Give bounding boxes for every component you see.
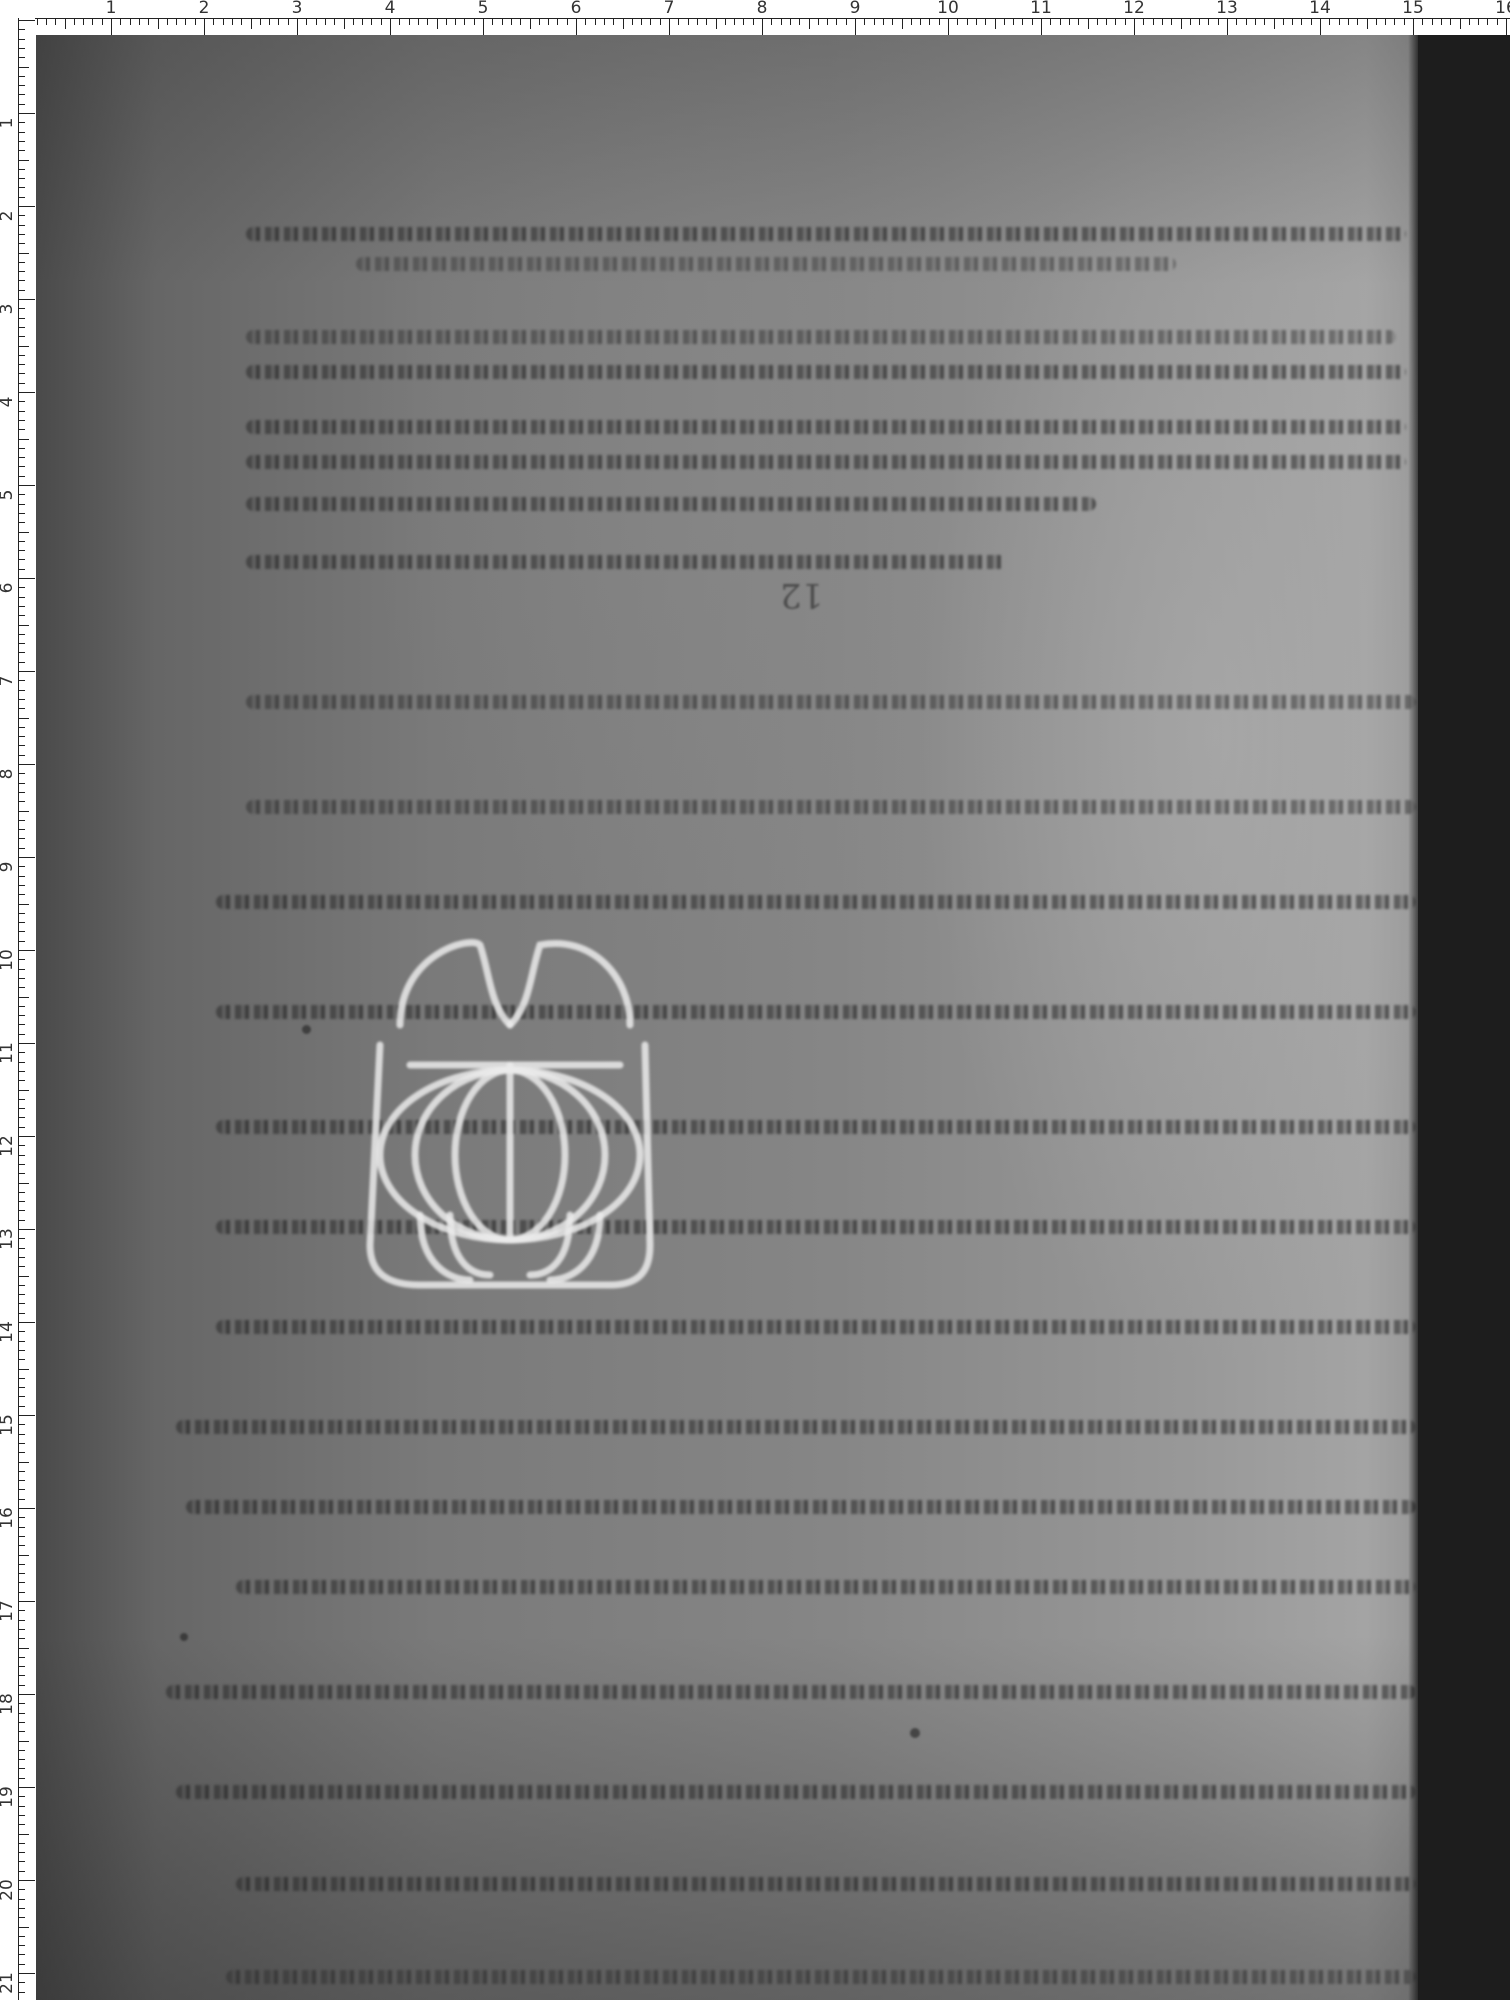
ruler-tick <box>1394 18 1395 25</box>
ruler-tick <box>18 811 29 812</box>
ruler-left-label: 14 <box>0 1321 16 1343</box>
ruler-tick <box>976 18 977 25</box>
ruler-tick <box>1013 18 1014 25</box>
ruler-tick <box>18 931 25 932</box>
ruler-tick <box>678 18 679 25</box>
ruler-tick <box>985 18 986 25</box>
ruler-left: 123456789101112131415161718192021 <box>0 0 35 2000</box>
ruler-tick <box>18 1443 25 1444</box>
ruler-left-label: 21 <box>0 1972 16 1994</box>
ruler-tick <box>288 18 289 25</box>
ruler-tick <box>18 1136 35 1137</box>
ruler-tick <box>18 1927 29 1928</box>
ruler-tick <box>920 18 921 25</box>
ruler-tick <box>846 18 847 25</box>
ruler-tick <box>1432 18 1433 25</box>
ruler-top-label: 12 <box>1123 0 1145 17</box>
ruler-tick <box>18 150 25 151</box>
ruler-tick <box>18 1982 25 1983</box>
ruler-tick <box>427 18 428 25</box>
ruler-tick <box>18 271 25 272</box>
ruler-tick <box>18 504 25 505</box>
ruler-tick <box>362 18 363 25</box>
ruler-tick <box>18 280 25 281</box>
ruler-tick <box>446 18 447 25</box>
ruler-tick <box>902 18 903 29</box>
ruler-left-label: 8 <box>0 769 16 780</box>
ruler-tick <box>762 18 763 35</box>
ruler-tick <box>753 18 754 25</box>
ruler-tick <box>18 1917 25 1918</box>
ruler-tick <box>1181 18 1182 29</box>
ruler-tick <box>1078 18 1079 25</box>
ruler-tick <box>1143 18 1144 25</box>
handwriting-line <box>246 227 1406 241</box>
ruler-tick <box>18 1731 25 1732</box>
ruler-tick <box>18 76 25 77</box>
ruler-tick <box>241 18 242 25</box>
ruler-tick <box>18 1796 25 1797</box>
ruler-tick <box>734 18 735 25</box>
watermark-pot-icon <box>340 915 680 1295</box>
ruler-top-label: 9 <box>850 0 861 17</box>
ruler-tick <box>1004 18 1005 25</box>
ruler-tick <box>18 550 25 551</box>
ruler-tick <box>120 18 121 25</box>
ruler-tick <box>18 420 25 421</box>
ruler-tick <box>92 18 93 25</box>
ruler-tick <box>18 336 25 337</box>
ruler-tick <box>18 1824 25 1825</box>
handwriting-line <box>246 695 1416 709</box>
ruler-tick <box>18 1415 35 1416</box>
ruler-tick <box>18 113 35 114</box>
ruler-tick <box>18 1303 25 1304</box>
ruler-tick <box>1227 18 1228 35</box>
ruler-tick <box>18 1489 25 1490</box>
ruler-tick <box>18 1768 25 1769</box>
ruler-tick <box>269 18 270 25</box>
ruler-tick <box>18 1396 25 1397</box>
ruler-tick <box>18 234 25 235</box>
ruler-tick <box>1292 18 1293 25</box>
ruler-tick <box>18 1945 25 1946</box>
handwriting-line <box>216 895 1416 909</box>
ruler-tick <box>18 160 29 161</box>
ruler-tick <box>18 1703 25 1704</box>
ruler-tick <box>790 18 791 25</box>
ruler-tick <box>18 383 25 384</box>
ruler-tick <box>892 18 893 25</box>
ruler-tick <box>474 18 475 25</box>
ruler-tick <box>18 1954 25 1955</box>
ruler-tick <box>1274 18 1275 29</box>
ruler-tick <box>1404 18 1405 25</box>
ruler-tick <box>18 1815 25 1816</box>
ruler-tick <box>158 18 159 29</box>
ruler-tick <box>660 18 661 25</box>
ruler-tick <box>18 1173 25 1174</box>
ruler-tick <box>1478 18 1479 25</box>
folio-number: 12 <box>780 575 823 615</box>
ruler-tick <box>1246 18 1247 25</box>
ruler-tick <box>18 392 35 393</box>
ruler-tick <box>1311 18 1312 25</box>
ruler-tick <box>18 1350 25 1351</box>
ruler-tick <box>18 1220 25 1221</box>
ruler-tick <box>18 1564 25 1565</box>
ruler-tick <box>18 1266 25 1267</box>
ruler-tick <box>130 18 131 25</box>
ruler-tick <box>18 1545 25 1546</box>
ruler-tick <box>18 773 25 774</box>
ruler-tick <box>18 1006 25 1007</box>
ruler-tick <box>18 922 25 923</box>
ruler-tick <box>855 18 856 35</box>
ruler-tick <box>18 1750 25 1751</box>
ruler-tick <box>688 18 689 25</box>
ruler-tick <box>18 829 25 830</box>
ruler-tick <box>18 411 25 412</box>
ruler-tick <box>18 1406 25 1407</box>
ruler-tick <box>418 18 419 25</box>
ruler-tick <box>18 373 25 374</box>
ruler-tick <box>278 18 279 25</box>
ruler-tick <box>1255 18 1256 25</box>
ruler-tick <box>1441 18 1442 25</box>
ruler-tick <box>743 18 744 25</box>
ruler-left-label: 16 <box>0 1507 16 1529</box>
ruler-tick <box>18 346 29 347</box>
handwriting-line <box>176 1785 1416 1799</box>
ruler-left-label: 9 <box>0 862 16 873</box>
ruler-tick <box>604 18 605 25</box>
ruler-tick <box>18 866 25 867</box>
ruler-tick <box>883 18 884 25</box>
ruler-tick <box>18 1638 25 1639</box>
ruler-tick <box>18 969 25 970</box>
ruler-tick <box>18 141 25 142</box>
ruler-tick <box>809 18 810 29</box>
ruler-tick <box>306 18 307 25</box>
ink-spot <box>180 1633 188 1641</box>
ruler-tick <box>1450 18 1451 25</box>
ruler-tick <box>223 18 224 25</box>
ruler-tick <box>613 18 614 25</box>
ruler-tick <box>18 1099 25 1100</box>
ruler-tick <box>334 18 335 25</box>
ruler-tick <box>836 18 837 25</box>
ruler-tick <box>18 820 25 821</box>
ruler-tick <box>18 1034 25 1035</box>
ruler-tick <box>18 1434 25 1435</box>
ruler-tick <box>706 18 707 25</box>
ruler-tick <box>18 662 25 663</box>
ruler-top-label: 1 <box>106 0 117 17</box>
ruler-tick <box>455 18 456 25</box>
ruler-tick <box>1162 18 1163 25</box>
ruler-tick <box>18 1341 25 1342</box>
ruler-tick <box>632 18 633 25</box>
ruler-tick <box>18 671 35 672</box>
ruler-tick <box>18 20 35 21</box>
ruler-tick <box>18 783 25 784</box>
manuscript-scan: 12 <box>36 35 1510 2000</box>
ruler-top-label: 16 <box>1495 0 1510 17</box>
ruler-tick <box>18 178 25 179</box>
ruler-tick <box>325 18 326 25</box>
ruler-tick <box>18 532 29 533</box>
ruler-tick <box>18 643 25 644</box>
ruler-tick <box>18 401 25 402</box>
ruler-tick <box>18 494 25 495</box>
ruler-tick <box>1367 18 1368 29</box>
handwriting-line <box>246 330 1396 344</box>
ruler-tick <box>18 1759 25 1760</box>
ruler-tick <box>967 18 968 25</box>
ruler-tick <box>1301 18 1302 25</box>
ruler-tick <box>18 1787 35 1788</box>
ruler-tick <box>483 18 484 35</box>
ruler-tick <box>18 57 25 58</box>
ruler-tick <box>18 615 25 616</box>
ruler-tick <box>18 225 25 226</box>
ruler-tick <box>18 904 29 905</box>
ruler-tick <box>557 18 558 25</box>
ruler-tick <box>18 1164 25 1165</box>
ruler-tick <box>1153 18 1154 25</box>
ruler-tick <box>18 355 25 356</box>
ruler-tick <box>18 1973 35 1974</box>
ruler-tick <box>195 18 196 25</box>
ruler-tick <box>18 318 25 319</box>
ruler-tick <box>18 1387 25 1388</box>
ruler-tick <box>18 1210 25 1211</box>
ruler-tick <box>18 1024 25 1025</box>
ruler-left-label: 10 <box>0 949 16 971</box>
ruler-tick <box>492 18 493 25</box>
ruler-tick <box>213 18 214 25</box>
ruler-tick <box>18 1276 29 1277</box>
ruler-tick <box>18 876 25 877</box>
ruler-tick <box>1097 18 1098 25</box>
ruler-tick <box>409 18 410 25</box>
ruler-tick <box>1348 18 1349 25</box>
ruler-tick <box>18 1294 25 1295</box>
ruler-tick <box>297 18 298 35</box>
ruler-top-label: 2 <box>199 0 210 17</box>
ruler-tick <box>18 476 25 477</box>
ruler-tick <box>18 1145 25 1146</box>
ruler-tick <box>18 1052 25 1053</box>
ruler-tick <box>18 1778 25 1779</box>
ruler-tick <box>567 18 568 25</box>
ruler-tick <box>18 727 25 728</box>
ruler-tick <box>1171 18 1172 25</box>
ruler-tick <box>18 1471 25 1472</box>
ruler-tick <box>18 1861 25 1862</box>
ruler-tick <box>1329 18 1330 25</box>
ruler-tick <box>437 18 438 29</box>
handwriting-line <box>236 1877 1416 1891</box>
ruler-tick <box>1487 18 1488 25</box>
ruler-tick <box>874 18 875 25</box>
ruler-tick <box>74 18 75 25</box>
ruler-tick <box>1125 18 1126 25</box>
ruler-tick <box>18 1592 25 1593</box>
ruler-tick <box>18 1462 29 1463</box>
ruler-tick <box>37 18 38 25</box>
ruler-top-label: 6 <box>571 0 582 17</box>
ruler-tick <box>18 1155 25 1156</box>
ruler-tick <box>18 1843 25 1844</box>
ruler-tick <box>18 448 25 449</box>
ruler-tick <box>18 736 25 737</box>
ruler-tick <box>18 699 25 700</box>
ruler-tick <box>641 18 642 25</box>
ruler-tick <box>18 569 25 570</box>
ruler-tick <box>18 94 25 95</box>
ruler-tick <box>18 1285 25 1286</box>
ruler-tick <box>18 1610 25 1611</box>
ruler-tick <box>18 197 25 198</box>
ruler-tick <box>1264 18 1265 25</box>
ruler-tick <box>18 680 25 681</box>
ruler-tick <box>18 941 25 942</box>
handwriting-line <box>166 1685 1416 1699</box>
ruler-tick <box>1422 18 1423 25</box>
ruler-tick <box>18 950 35 951</box>
ruler-tick <box>18 997 29 998</box>
ruler-tick <box>111 18 112 35</box>
ruler-tick <box>176 18 177 25</box>
ruler-tick <box>818 18 819 25</box>
ruler-left-label: 1 <box>0 118 16 129</box>
ruler-tick <box>18 122 25 123</box>
ruler-tick <box>18 1238 25 1239</box>
ruler-top-label: 4 <box>385 0 396 17</box>
ruler-tick <box>1339 18 1340 25</box>
ruler-tick <box>18 838 25 839</box>
ruler-tick <box>18 1601 35 1602</box>
ruler-tick <box>18 792 25 793</box>
ruler-tick <box>18 1582 25 1583</box>
ruler-left-label: 20 <box>0 1879 16 1901</box>
ruler-tick <box>18 215 25 216</box>
ruler-top-label: 15 <box>1402 0 1424 17</box>
ruler-tick <box>18 1015 25 1016</box>
ruler-tick <box>46 18 47 25</box>
ruler-tick <box>948 18 949 35</box>
ruler-top-label: 5 <box>478 0 489 17</box>
ruler-tick <box>1022 18 1023 25</box>
ruler-tick <box>716 18 717 29</box>
ruler-tick <box>18 187 25 188</box>
ruler-tick <box>18 1834 29 1835</box>
ruler-tick <box>18 1685 25 1686</box>
ruler-left-label: 2 <box>0 211 16 222</box>
ruler-tick <box>18 327 25 328</box>
handwriting-line <box>356 257 1176 271</box>
handwriting-line <box>186 1500 1416 1514</box>
ruler-tick <box>1320 18 1321 35</box>
ruler-tick <box>520 18 521 25</box>
ruler-tick <box>995 18 996 29</box>
ruler-tick <box>18 1648 29 1649</box>
ruler-tick <box>18 1899 25 1900</box>
ruler-top-label: 11 <box>1030 0 1052 17</box>
ruler-top-label: 13 <box>1216 0 1238 17</box>
ruler-tick <box>18 513 25 514</box>
ruler-tick <box>18 1108 25 1109</box>
handwriting-line <box>246 800 1416 814</box>
ruler-tick <box>18 1871 25 1872</box>
ruler-tick <box>260 18 261 25</box>
ruler-tick <box>18 1322 35 1323</box>
ruler-tick <box>864 18 865 25</box>
ruler-tick <box>18 466 25 467</box>
ruler-tick <box>18 1369 29 1370</box>
handwriting-line <box>246 365 1406 379</box>
ruler-tick <box>18 652 25 653</box>
ruler-tick <box>18 1452 25 1453</box>
ruler-left-label: 17 <box>0 1600 16 1622</box>
ruler-tick <box>1115 18 1116 25</box>
ruler-tick <box>1199 18 1200 25</box>
ruler-tick <box>18 894 25 895</box>
ruler-left-label: 6 <box>0 583 16 594</box>
ruler-tick <box>18 1071 25 1072</box>
ruler-tick <box>1088 18 1089 29</box>
ruler-tick <box>18 1257 25 1258</box>
ruler-tick <box>1032 18 1033 25</box>
ruler-tick <box>18 308 25 309</box>
ruler-tick <box>650 18 651 25</box>
ruler-tick <box>18 606 25 607</box>
ruler-left-label: 13 <box>0 1228 16 1250</box>
ruler-top-label: 10 <box>937 0 959 17</box>
ruler-tick <box>18 764 35 765</box>
handwriting-line <box>246 420 1406 434</box>
ink-spot <box>302 1025 311 1034</box>
ruler-tick <box>1208 18 1209 25</box>
ruler-tick <box>390 18 391 35</box>
ruler-tick <box>18 1424 25 1425</box>
ruler-tick <box>18 169 25 170</box>
ruler-tick <box>18 1573 25 1574</box>
ruler-tick <box>18 597 25 598</box>
ruler-tick <box>18 1675 25 1676</box>
scanner-edge-band <box>1418 35 1510 2000</box>
ruler-tick <box>18 1517 25 1518</box>
ruler-tick <box>18 1183 29 1184</box>
ruler-tick <box>725 18 726 25</box>
ruler-top-label: 8 <box>757 0 768 17</box>
ruler-tick <box>18 559 25 560</box>
ruler-tick <box>18 1248 25 1249</box>
ruler-tick <box>18 718 29 719</box>
ruler-tick <box>18 1527 25 1528</box>
ruler-tick <box>464 18 465 25</box>
ruler-tick <box>1357 18 1358 25</box>
ruler-tick <box>1376 18 1377 25</box>
handwriting-line <box>246 455 1406 469</box>
ruler-tick <box>18 1713 25 1714</box>
ruler-tick <box>1190 18 1191 25</box>
ruler-tick <box>55 18 56 25</box>
ruler-tick <box>1236 18 1237 25</box>
handwriting-line <box>176 1420 1416 1434</box>
